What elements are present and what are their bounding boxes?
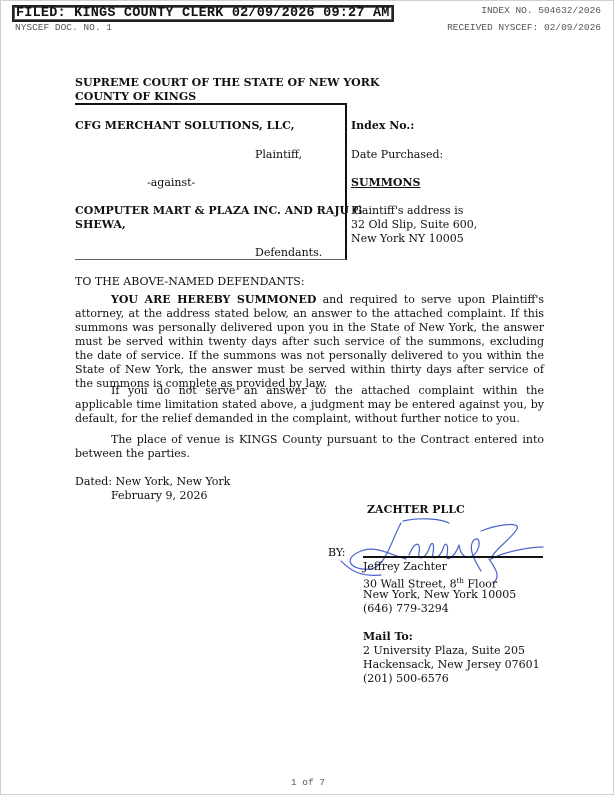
mail-to-label: Mail To: bbox=[363, 630, 413, 644]
court-name: SUPREME COURT OF THE STATE OF NEW YORK bbox=[75, 76, 379, 90]
mail-phone: (201) 500-6576 bbox=[363, 672, 449, 686]
street-ordinal: th bbox=[457, 577, 464, 585]
mail-address-line2: Hackensack, New Jersey 07601 bbox=[363, 658, 540, 672]
signature-line bbox=[363, 556, 543, 558]
against-label: -against- bbox=[147, 176, 195, 190]
venue-paragraph-text: The place of venue is KINGS County pursu… bbox=[75, 433, 544, 461]
dated-date: February 9, 2026 bbox=[111, 489, 207, 503]
plaintiff-address-line3: New York NY 10005 bbox=[351, 232, 464, 246]
court-heading: SUPREME COURT OF THE STATE OF NEW YORK C… bbox=[75, 76, 379, 104]
county-name: COUNTY OF KINGS bbox=[75, 90, 379, 104]
index-no-label: Index No.: bbox=[351, 119, 414, 133]
plaintiff-address-line2: 32 Old Slip, Suite 600, bbox=[351, 218, 477, 232]
mail-address-line1: 2 University Plaza, Suite 205 bbox=[363, 644, 525, 658]
attorney-city: New York, New York 10005 bbox=[363, 588, 516, 602]
venue-paragraph: The place of venue is KINGS County pursu… bbox=[75, 433, 544, 461]
page-indicator: 1 of 7 bbox=[1, 777, 614, 788]
default-paragraph: If you do not serve an answer to the att… bbox=[75, 384, 544, 426]
plaintiff-label: Plaintiff, bbox=[255, 148, 302, 162]
salutation: TO THE ABOVE-NAMED DEFENDANTS: bbox=[75, 275, 305, 289]
received-date: RECEIVED NYSCEF: 02/09/2026 bbox=[447, 22, 601, 33]
index-number: INDEX NO. 504632/2026 bbox=[481, 5, 601, 16]
date-purchased-label: Date Purchased: bbox=[351, 148, 443, 162]
summons-paragraph-text: and required to serve upon Plaintiff's a… bbox=[75, 293, 544, 390]
summons-paragraph: YOU ARE HEREBY SUMMONED and required to … bbox=[75, 293, 544, 391]
caption-vertical-rule bbox=[345, 103, 347, 260]
document-page: FILED: KINGS COUNTY CLERK 02/09/2026 09:… bbox=[0, 0, 614, 795]
filed-stamp: FILED: KINGS COUNTY CLERK 02/09/2026 09:… bbox=[12, 5, 394, 22]
attorney-name: Jeffrey Zachter bbox=[363, 560, 447, 574]
summons-bold-lead: YOU ARE HEREBY SUMMONED bbox=[111, 293, 316, 306]
plaintiff-name: CFG MERCHANT SOLUTIONS, LLC, bbox=[75, 119, 295, 133]
default-paragraph-text: If you do not serve an answer to the att… bbox=[75, 384, 544, 426]
defendant-name-line2: SHEWA, bbox=[75, 218, 126, 232]
attorney-phone: (646) 779-3294 bbox=[363, 602, 449, 616]
caption-top-rule bbox=[75, 103, 346, 105]
plaintiff-address-line1: Plaintiff's address is bbox=[351, 204, 463, 218]
defendants-label: Defendants. bbox=[255, 246, 322, 260]
summons-title: SUMMONS bbox=[351, 176, 420, 190]
nyscef-doc-number: NYSCEF DOC. NO. 1 bbox=[15, 22, 112, 33]
defendant-name-line1: COMPUTER MART & PLAZA INC. AND RAJU G bbox=[75, 204, 362, 218]
dated-location: Dated: New York, New York bbox=[75, 475, 230, 489]
